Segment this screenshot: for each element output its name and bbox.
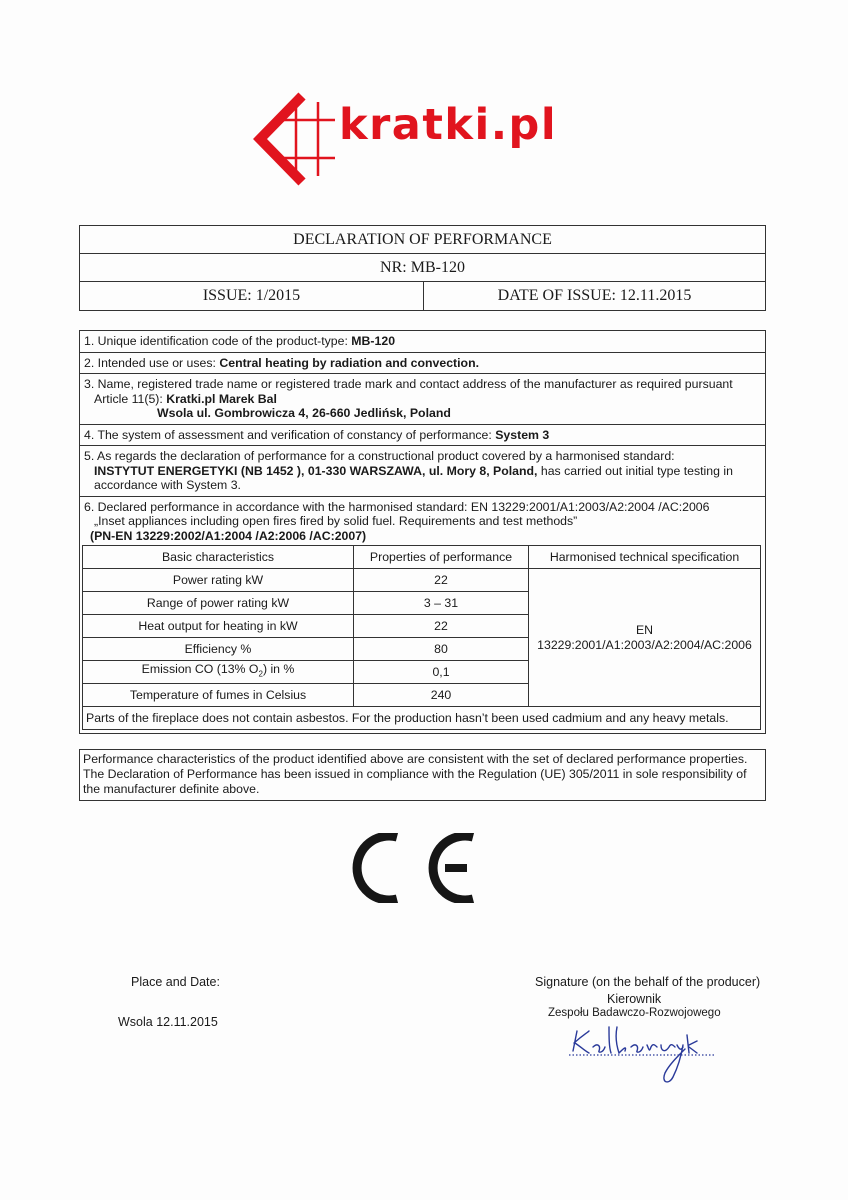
section-4: 4. The system of assessment and verifica… [80, 425, 765, 447]
section-5: 5. As regards the declaration of perform… [80, 446, 765, 497]
signature-block: Signature (on the behalf of the producer… [535, 975, 760, 1019]
declaration-header: DECLARATION OF PERFORMANCE NR: MB-120 IS… [79, 225, 766, 311]
document-number: NR: MB-120 [80, 254, 765, 282]
final-statement: Performance characteristics of the produ… [79, 749, 766, 801]
assessment-system: System 3 [495, 428, 549, 442]
place-and-date-value: Wsola 12.11.2015 [118, 1015, 220, 1029]
declaration-body: 1. Unique identification code of the pro… [79, 330, 766, 734]
performance-table: Basic characteristics Properties of perf… [82, 545, 761, 730]
section-6: 6. Declared performance in accordance wi… [80, 497, 765, 734]
harmonised-spec: EN 13229:2001/A1:2003/A2:2004/AC:2006 [529, 569, 761, 707]
notified-body: INSTYTUT ENERGETYKI (NB 1452 ), 01-330 W… [94, 464, 537, 478]
manufacturer-name: Kratki.pl Marek Bal [166, 392, 277, 406]
date-of-issue: DATE OF ISSUE: 12.11.2015 [424, 282, 765, 310]
section-2: 2. Intended use or uses: Central heating… [80, 353, 765, 375]
signer-title: Kierownik [607, 992, 760, 1006]
handwritten-signature-icon [565, 1025, 725, 1090]
signature-label: Signature (on the behalf of the producer… [535, 975, 760, 989]
logo-text: kratki.pl [339, 104, 557, 147]
intended-use: Central heating by radiation and convect… [219, 356, 479, 370]
place-and-date-label: Place and Date: [131, 975, 220, 989]
pn-standard: (PN-EN 13229:2002/A1:2004 /A2:2006 /AC:2… [90, 529, 366, 543]
table-header-row: Basic characteristics Properties of perf… [83, 546, 761, 569]
kratki-grid-arrow-icon [250, 92, 340, 187]
issue-number: ISSUE: 1/2015 [80, 282, 424, 310]
manufacturer-address: Wsola ul. Gombrowicza 4, 26-660 Jedlińsk… [157, 406, 451, 420]
table-footnote-row: Parts of the fireplace does not contain … [83, 707, 761, 730]
ce-mark-icon [345, 833, 495, 903]
kratki-logo: kratki.pl [250, 92, 610, 187]
table-row: Power rating kW 22 EN 13229:2001/A1:2003… [83, 569, 761, 592]
place-and-date: Place and Date: Wsola 12.11.2015 [131, 975, 220, 1029]
section-1: 1. Unique identification code of the pro… [80, 331, 765, 353]
signer-department: Zespołu Badawczo-Rozwojowego [548, 1007, 760, 1019]
document-title: DECLARATION OF PERFORMANCE [80, 226, 765, 254]
product-code: MB-120 [351, 334, 395, 348]
section-3: 3. Name, registered trade name or regist… [80, 374, 765, 425]
